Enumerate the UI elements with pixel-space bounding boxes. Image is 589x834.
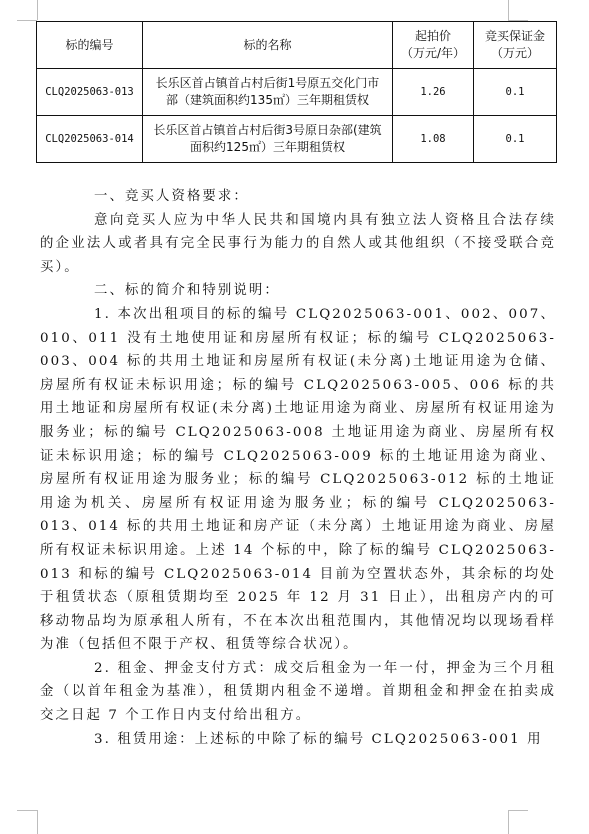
lot-id: CLQ2025063-013: [37, 69, 143, 116]
lot-description-item-3: 3. 租赁用途：上述标的中除了标的编号 CLQ2025063-001 用: [40, 728, 556, 752]
header-deposit-line1: 竞买保证金: [478, 28, 552, 45]
lot-start-price: 1.08: [393, 116, 474, 163]
header-lot-id: 标的编号: [37, 22, 143, 69]
table-header-row: 标的编号 标的名称 起拍价 （万元/年） 竞买保证金 （万元）: [37, 22, 557, 69]
qualifications-paragraph: 意向竞买人应为中华人民共和国境内具有独立法人资格且合法存续的企业法人或者具有完全…: [40, 209, 556, 280]
header-start-price: 起拍价 （万元/年）: [393, 22, 474, 69]
lot-name-line1: 长乐区首占镇首占村后街3号原日杂部(建筑: [147, 122, 388, 139]
lot-name: 长乐区首占镇首占村后街3号原日杂部(建筑 面积约125㎡）三年期租赁权: [143, 116, 393, 163]
lot-table: 标的编号 标的名称 起拍价 （万元/年） 竞买保证金 （万元） CLQ20250…: [36, 21, 557, 163]
lot-name: 长乐区首占镇首占村后街1号原五交化门市 部（建筑面积约135㎡）三年期租赁权: [143, 69, 393, 116]
table-row: CLQ2025063-014 长乐区首占镇首占村后街3号原日杂部(建筑 面积约1…: [37, 116, 557, 163]
document-body: 一、竞买人资格要求： 意向竞买人应为中华人民共和国境内具有独立法人资格且合法存续…: [40, 185, 556, 751]
page-corner-mark: [508, 810, 528, 811]
header-start-price-line1: 起拍价: [397, 28, 469, 45]
header-start-price-line2: （万元/年）: [397, 45, 469, 62]
table-row: CLQ2025063-013 长乐区首占镇首占村后街1号原五交化门市 部（建筑面…: [37, 69, 557, 116]
lot-start-price: 1.26: [393, 69, 474, 116]
section-heading-lot-description: 二、标的简介和特别说明：: [40, 279, 556, 303]
page-corner-mark: [17, 810, 37, 811]
section-heading-qualifications: 一、竞买人资格要求：: [40, 185, 556, 209]
lot-name-line2: 面积约125㎡）三年期租赁权: [147, 139, 388, 156]
lot-description-item-1: 1. 本次出租项目的标的编号 CLQ2025063-001、002、007、01…: [40, 303, 556, 657]
page-corner-mark: [37, 810, 38, 834]
header-deposit: 竞买保证金 （万元）: [474, 22, 557, 69]
lot-deposit: 0.1: [474, 69, 557, 116]
header-deposit-line2: （万元）: [478, 45, 552, 62]
page-corner-mark: [17, 20, 37, 21]
page-corner-mark: [508, 810, 509, 834]
lot-id: CLQ2025063-014: [37, 116, 143, 163]
lot-deposit: 0.1: [474, 116, 557, 163]
lot-description-item-2: 2. 租金、押金支付方式：成交后租金为一年一付，押金为三个月租金（以首年租金为基…: [40, 657, 556, 728]
lot-name-line1: 长乐区首占镇首占村后街1号原五交化门市: [147, 75, 388, 92]
lot-name-line2: 部（建筑面积约135㎡）三年期租赁权: [147, 92, 388, 109]
page-corner-mark: [37, 0, 38, 20]
header-lot-name: 标的名称: [143, 22, 393, 69]
page-corner-mark: [508, 0, 509, 20]
